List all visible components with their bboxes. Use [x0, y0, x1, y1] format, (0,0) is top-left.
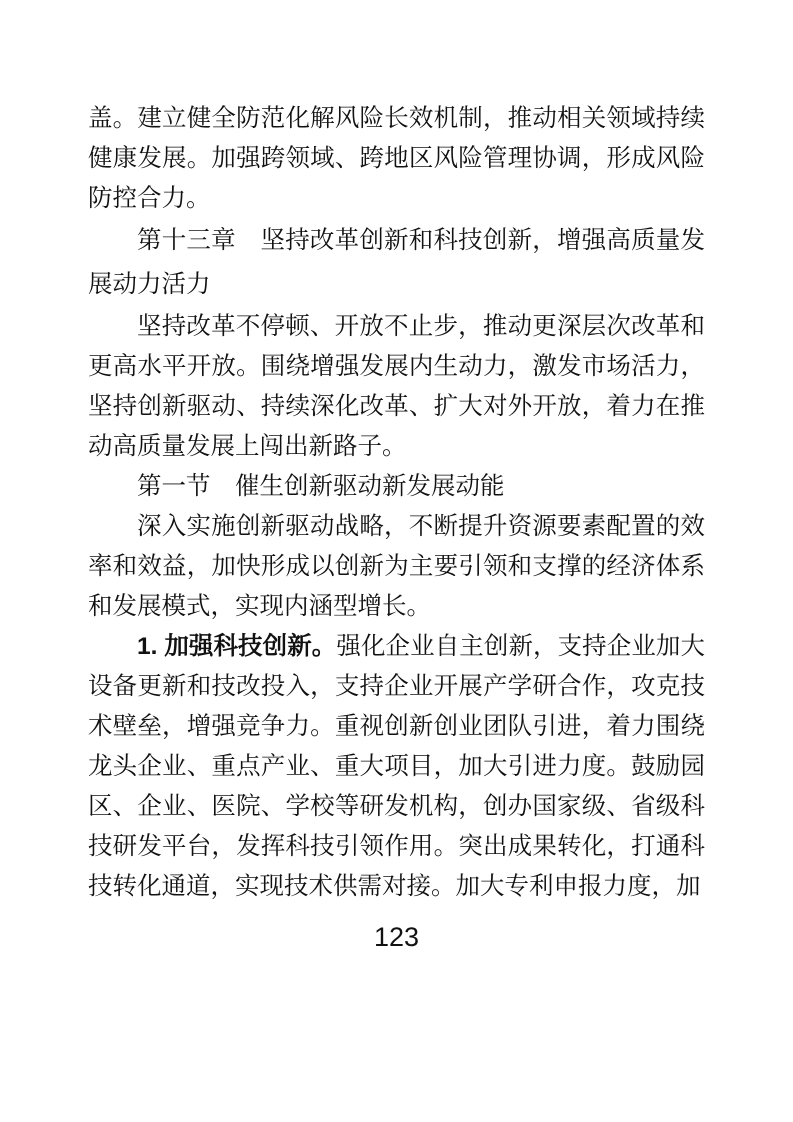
- document-page: 盖。建立健全防范化解风险长效机制，推动相关领域持续健康发展。加强跨领域、跨地区风…: [0, 0, 793, 1122]
- page-number: 123: [88, 924, 705, 951]
- continuation-paragraph: 盖。建立健全防范化解风险长效机制，推动相关领域持续健康发展。加强跨领域、跨地区风…: [88, 99, 705, 219]
- chapter-heading: 第十三章 坚持改革创新和科技创新，增强高质量发展动力活力: [88, 219, 705, 307]
- section-heading: 第一节 催生创新驱动新发展动能: [88, 467, 705, 507]
- numbered-item-paragraph: 1. 加强科技创新。强化企业自主创新，支持企业加大设备更新和技改投入，支持企业开…: [88, 627, 705, 907]
- numbered-item-lead: 1. 加强科技创新。: [137, 633, 336, 660]
- numbered-item-body: 强化企业自主创新，支持企业加大设备更新和技改投入，支持企业开展产学研合作，攻克技…: [88, 633, 705, 900]
- section-intro-paragraph: 深入实施创新驱动战略，不断提升资源要素配置的效率和效益，加快形成以创新为主要引领…: [88, 507, 705, 627]
- intro-paragraph: 坚持改革不停顿、开放不止步，推动更深层次改革和更高水平开放。围绕增强发展内生动力…: [88, 307, 705, 467]
